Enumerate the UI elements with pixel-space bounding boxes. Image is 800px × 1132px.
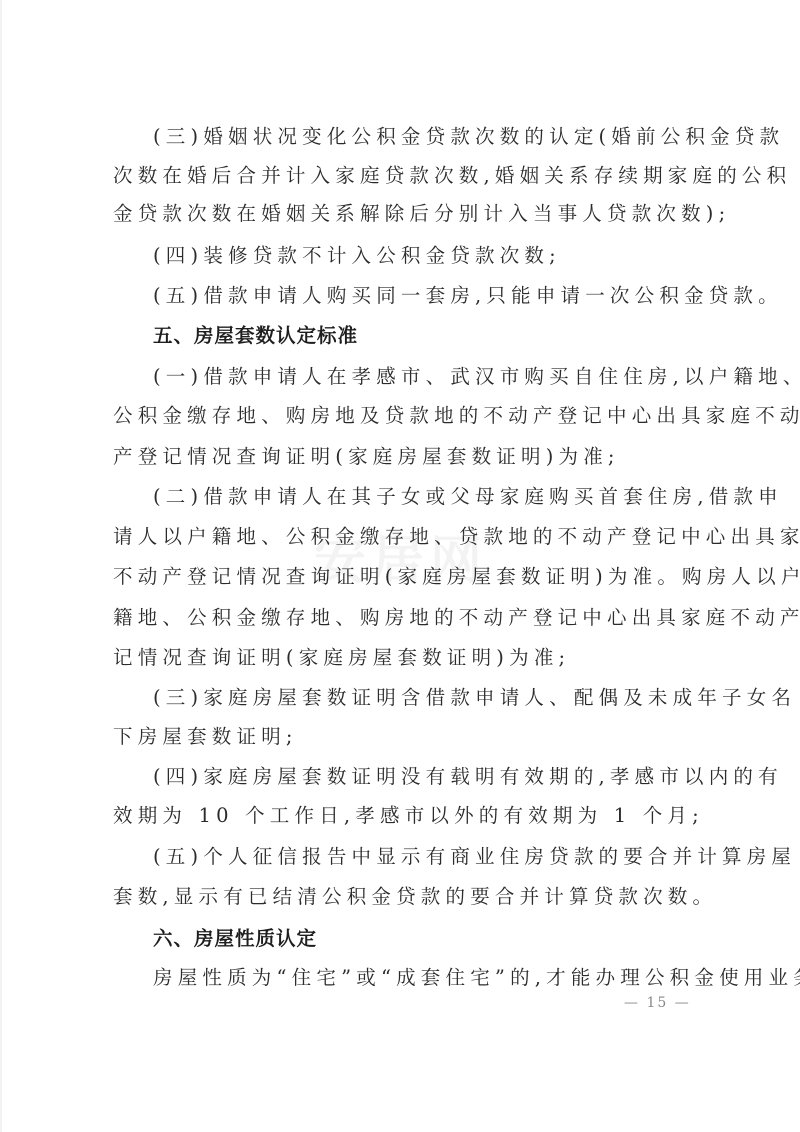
text-line: (三)家庭房屋套数证明含借款申请人、配偶及未成年子女名 <box>153 678 695 718</box>
text-line: 记情况查询证明(家庭房屋套数证明)为准; <box>113 638 695 678</box>
text-line: (四)装修贷款不计入公积金贷款次数; <box>153 236 695 276</box>
text-line: (二)借款申请人在其子女或父母家庭购买首套住房,借款申 <box>153 477 695 517</box>
text-line: 公积金缴存地、购房地及贷款地的不动产登记中心出具家庭不动 <box>113 396 695 436</box>
text-line: (三)婚姻状况变化公积金贷款次数的认定(婚前公积金贷款 <box>153 117 695 157</box>
text-line: (四)家庭房屋套数证明没有载明有效期的,孝感市以内的有 <box>153 757 695 797</box>
text-line: 次数在婚后合并计入家庭贷款次数,婚姻关系存续期家庭的公积 <box>113 156 695 196</box>
text-line: 请人以户籍地、公积金缴存地、贷款地的不动产登记中心出具家庭 <box>113 517 695 557</box>
text-line: 下房屋套数证明; <box>113 717 695 757</box>
text-line: (五)借款申请人购买同一套房,只能申请一次公积金贷款。 <box>153 276 695 316</box>
section-heading-5: 五、房屋套数认定标准 <box>153 316 358 356</box>
document-page: (三)婚姻状况变化公积金贷款次数的认定(婚前公积金贷款 次数在婚后合并计入家庭贷… <box>0 0 800 1132</box>
section-heading-6: 六、房屋性质认定 <box>153 919 317 959</box>
text-line: (五)个人征信报告中显示有商业住房贷款的要合并计算房屋 <box>153 837 695 877</box>
text-line: 不动产登记情况查询证明(家庭房屋套数证明)为准。购房人以户 <box>113 557 695 597</box>
text-line: 房屋性质为“住宅”或“成套住宅”的,才能办理公积金使用业务。 <box>153 958 695 998</box>
text-line: 金贷款次数在婚姻关系解除后分别计入当事人贷款次数); <box>113 194 695 234</box>
text-line: 效期为 10 个工作日,孝感市以外的有效期为 1 个月; <box>113 796 695 836</box>
text-line: 籍地、公积金缴存地、购房地的不动产登记中心出具家庭不动产登 <box>113 598 695 638</box>
text-line: 产登记情况查询证明(家庭房屋套数证明)为准; <box>113 437 695 477</box>
page-number: — 15 — <box>624 992 691 1014</box>
text-line: 套数,显示有已结清公积金贷款的要合并计算贷款次数。 <box>113 877 695 917</box>
text-line: (一)借款申请人在孝感市、武汉市购买自住住房,以户籍地、 <box>153 357 695 397</box>
